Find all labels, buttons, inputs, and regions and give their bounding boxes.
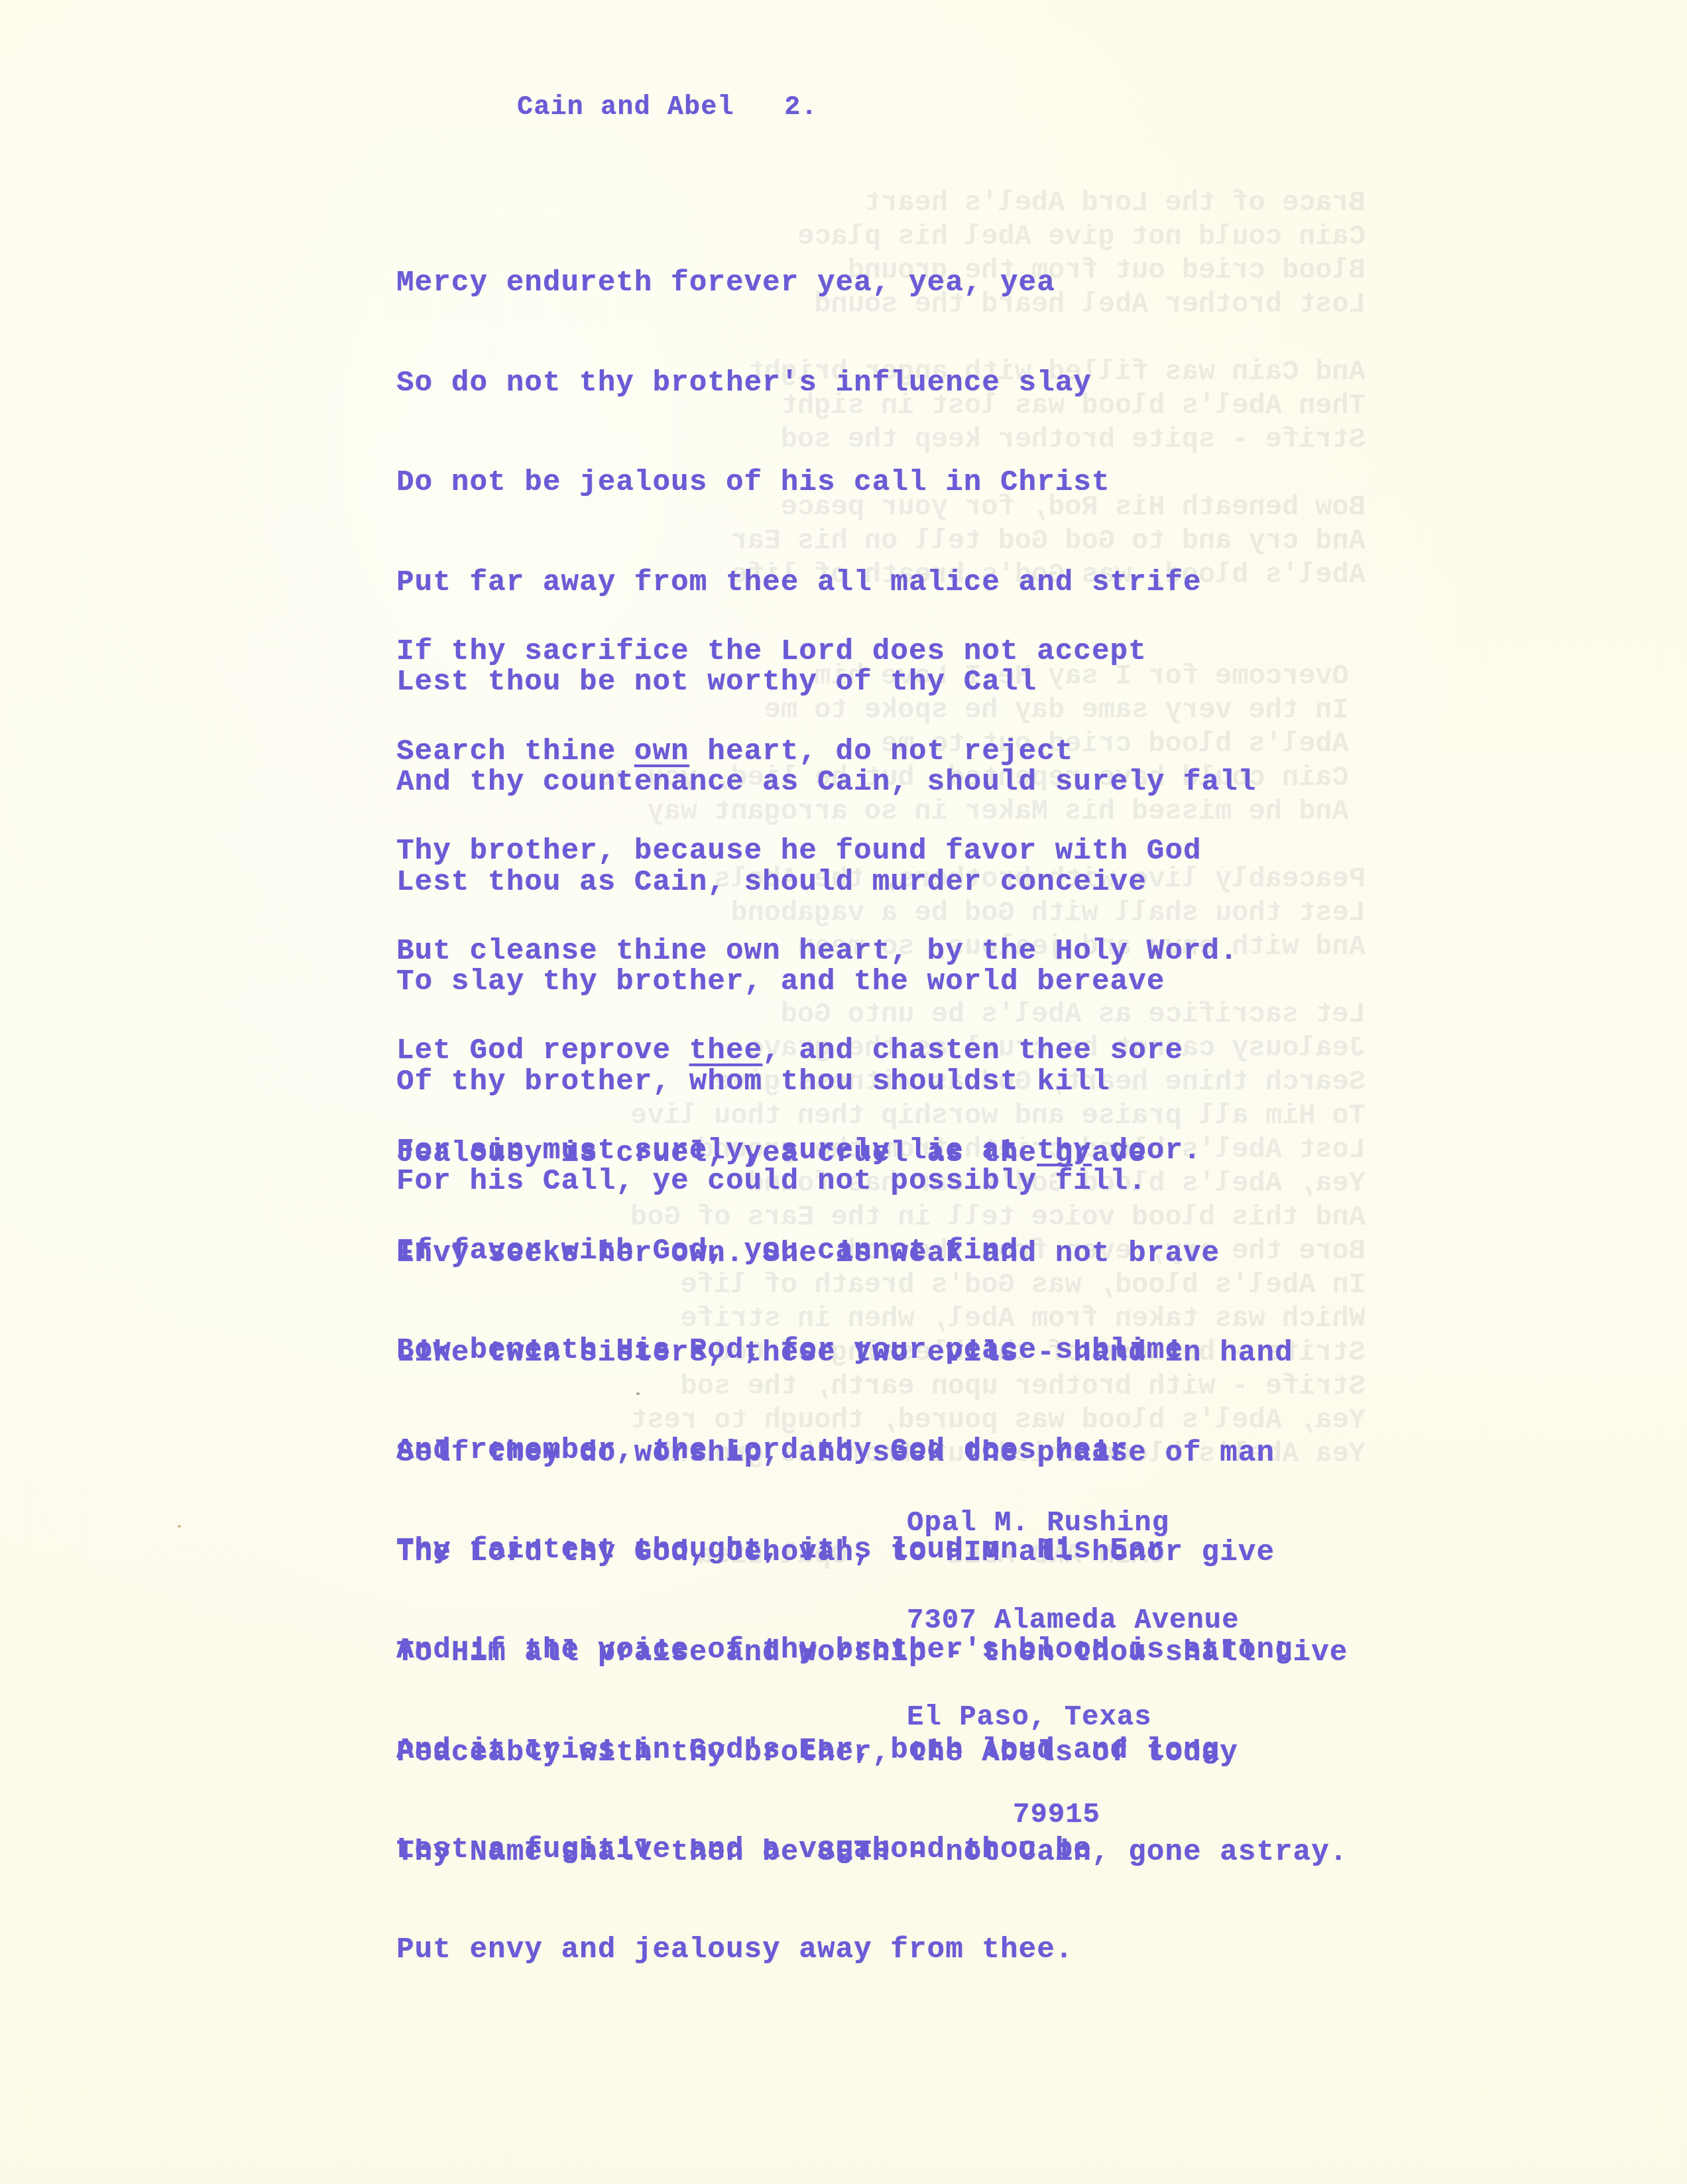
poem-line: But cleanse thine own heart, by the Holy… [396, 935, 1293, 969]
page-title: Cain and Abel 2. [517, 93, 818, 123]
underlined-word: thee [689, 1034, 762, 1067]
poem-line: Like twin sisters, these two evils - han… [396, 1337, 1348, 1370]
poem-line: So do not thy brother's influence slay [396, 367, 1256, 400]
poem-line: Do not be jealous of his call in Christ [396, 466, 1256, 500]
poem-line: Let God reprove thee, and chasten thee s… [396, 1034, 1293, 1068]
author-city-state: El Paso, Texas [907, 1701, 1240, 1734]
underlined-word: own [634, 735, 689, 768]
poem-line: Jealousy is cruel, yea cruel as the grav… [396, 1137, 1348, 1171]
author-name: Opal M. Rushing [907, 1506, 1240, 1540]
paper-speck [178, 1525, 181, 1528]
poem-line: Envy seeks her own. She is weak and not … [396, 1237, 1348, 1271]
author-zip: 79915 [907, 1798, 1240, 1832]
poem-line: Mercy endureth forever yea, yea, yea [396, 267, 1256, 300]
author-signature-block: Opal M. Rushing 7307 Alameda Avenue El P… [907, 1443, 1240, 1863]
poem-line: If thy sacrifice the Lord does not accep… [396, 635, 1293, 669]
author-street: 7307 Alameda Avenue [907, 1604, 1240, 1638]
poem-line: Put envy and jealousy away from thee. [396, 1933, 1293, 1967]
poem-line: Thy brother, because he found favor with… [396, 835, 1293, 869]
poem-line: Search thine own heart, do not reject [396, 735, 1293, 769]
